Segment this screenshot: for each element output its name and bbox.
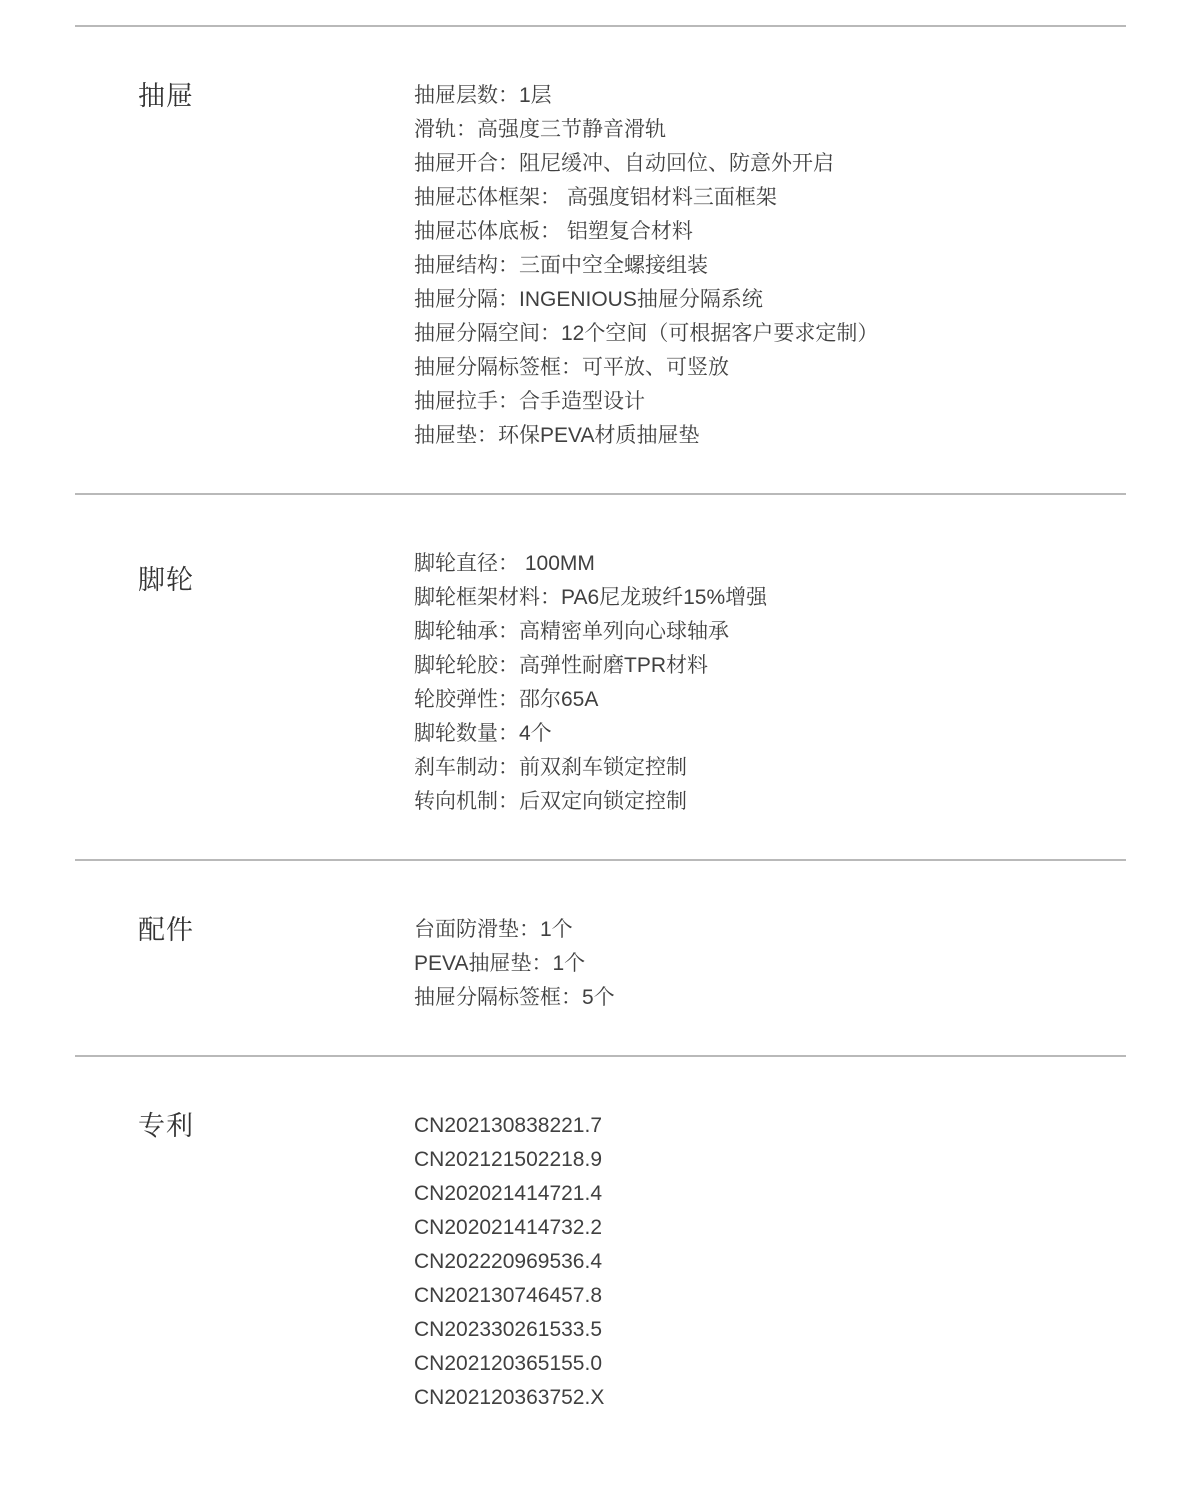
section-label-column: 专利 [0,1109,414,1143]
section-body-drawer: 抽屉层数：1层滑轨：高强度三节静音滑轨抽屉开合：阻尼缓冲、自动回位、防意外开启抽… [414,79,1200,453]
section-body-accessories: 台面防滑垫：1个PEVA抽屉垫：1个抽屉分隔标签框：5个 [414,913,1200,1015]
spec-line: 抽屉垫：环保PEVA材质抽屉垫 [414,419,1140,453]
section-label-column: 脚轮 [0,547,414,597]
section-title-drawer: 抽屉 [138,79,414,113]
spec-line: 抽屉芯体底板： 铝塑复合材料 [414,215,1140,249]
spec-line: CN202120363752.X [414,1381,1140,1415]
spec-line: 脚轮轴承：高精密单列向心球轴承 [414,615,1140,649]
spec-line: 抽屉拉手：合手造型设计 [414,385,1140,419]
product-spec-sheet: 抽屉 抽屉层数：1层滑轨：高强度三节静音滑轨抽屉开合：阻尼缓冲、自动回位、防意外… [0,0,1200,1502]
spec-line: CN202220969536.4 [414,1245,1140,1279]
spec-line: 滑轨：高强度三节静音滑轨 [414,113,1140,147]
spec-line: 抽屉芯体框架： 高强度铝材料三面框架 [414,181,1140,215]
spec-line: CN202130838221.7 [414,1109,1140,1143]
section-title-patents: 专利 [138,1109,414,1143]
section-body-casters: 脚轮直径： 100MM脚轮框架材料：PA6尼龙玻纤15%增强脚轮轴承：高精密单列… [414,547,1200,819]
section-label-column: 配件 [0,913,414,947]
spec-line: PEVA抽屉垫：1个 [414,947,1140,981]
spec-line: CN202120365155.0 [414,1347,1140,1381]
spec-line: 抽屉分隔标签框：5个 [414,981,1140,1015]
spec-line: 转向机制：后双定向锁定控制 [414,785,1140,819]
spec-line: 抽屉层数：1层 [414,79,1140,113]
spec-line: 脚轮数量：4个 [414,717,1140,751]
spec-line: 脚轮轮胶：高弹性耐磨TPR材料 [414,649,1140,683]
spec-line: 脚轮直径： 100MM [414,547,1140,581]
spec-line: CN202330261533.5 [414,1313,1140,1347]
spec-line: 脚轮框架材料：PA6尼龙玻纤15%增强 [414,581,1140,615]
spec-line: CN202130746457.8 [414,1279,1140,1313]
section-casters: 脚轮 脚轮直径： 100MM脚轮框架材料：PA6尼龙玻纤15%增强脚轮轴承：高精… [0,495,1200,859]
spec-line: 抽屉分隔：INGENIOUS抽屉分隔系统 [414,283,1140,317]
spec-line: 台面防滑垫：1个 [414,913,1140,947]
section-label-column: 抽屉 [0,79,414,113]
section-accessories: 配件 台面防滑垫：1个PEVA抽屉垫：1个抽屉分隔标签框：5个 [0,861,1200,1055]
spec-line: 抽屉结构：三面中空全螺接组装 [414,249,1140,283]
section-body-patents: CN202130838221.7CN202121502218.9CN202021… [414,1109,1200,1415]
spec-line: 抽屉开合：阻尼缓冲、自动回位、防意外开启 [414,147,1140,181]
section-drawer: 抽屉 抽屉层数：1层滑轨：高强度三节静音滑轨抽屉开合：阻尼缓冲、自动回位、防意外… [0,27,1200,493]
spec-line: CN202121502218.9 [414,1143,1140,1177]
section-title-accessories: 配件 [138,913,414,947]
section-title-casters: 脚轮 [138,563,414,597]
spec-line: 刹车制动：前双刹车锁定控制 [414,751,1140,785]
spec-line: 抽屉分隔标签框：可平放、可竖放 [414,351,1140,385]
spec-line: 轮胶弹性：邵尔65A [414,683,1140,717]
section-patents: 专利 CN202130838221.7CN202121502218.9CN202… [0,1057,1200,1455]
spec-line: 抽屉分隔空间：12个空间（可根据客户要求定制） [414,317,1140,351]
spec-line: CN202021414721.4 [414,1177,1140,1211]
spec-line: CN202021414732.2 [414,1211,1140,1245]
